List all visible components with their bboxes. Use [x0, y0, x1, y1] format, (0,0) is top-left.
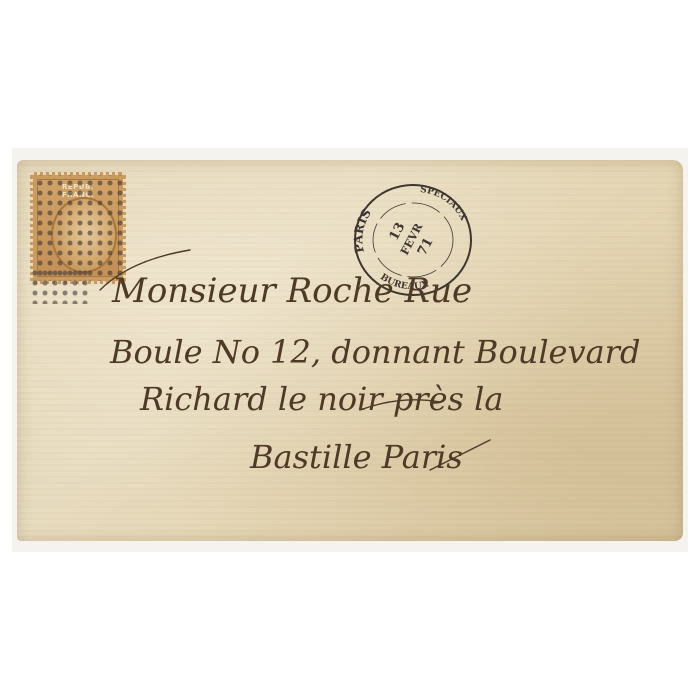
address-line-3: Richard le noir près la [139, 380, 503, 418]
address-line-1: Monsieur Roche Rue [111, 271, 472, 311]
address-line-2: Boule No 12, donnant Boulevard [109, 333, 640, 371]
handwritten-address: Monsieur Roche Rue Boule No 12, donnant … [0, 0, 700, 700]
